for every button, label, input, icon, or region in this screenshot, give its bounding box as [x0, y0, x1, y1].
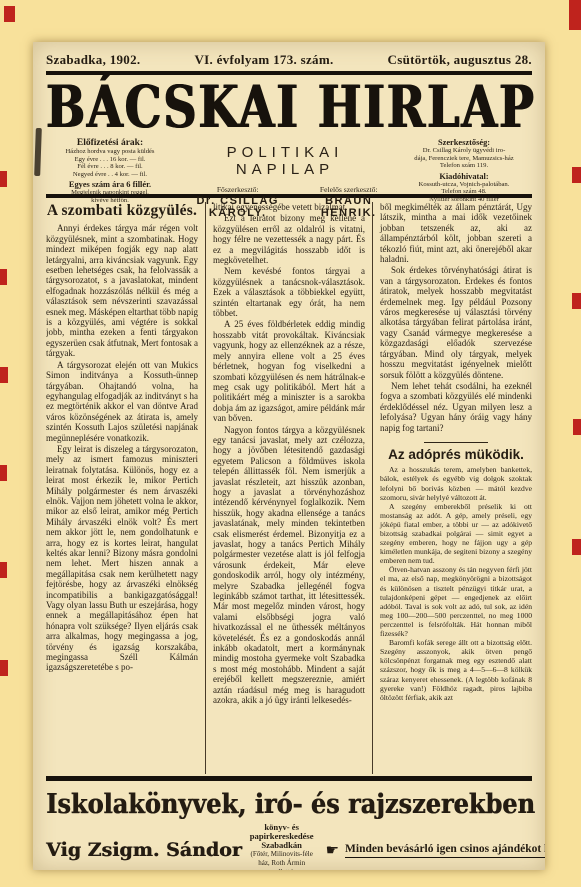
- responsible-editor-label: Felelős szerkesztő:: [301, 185, 396, 194]
- red-edge-mark: [572, 293, 581, 309]
- article-paragraph: A tárgysorozat elején ott van Mukics Sim…: [46, 360, 198, 443]
- subscription-delivery: Házhoz hordva vagy posta küldés: [46, 148, 174, 156]
- article-body: A szombati közgyülés. Annyi érdekes tárg…: [46, 198, 532, 774]
- subscription-rate: Negyed évre . . 4 kor. — fil.: [46, 171, 174, 179]
- article-paragraph: Egy leirat is diszeleg a tárgysorozaton,…: [46, 444, 198, 673]
- section-divider: [424, 442, 488, 443]
- publication-schedule: Megjelenik naponkint reggel,: [46, 189, 174, 197]
- article-paragraph: A 25 éves földbérletek eddig mindig hoss…: [213, 319, 365, 423]
- article-column-2: litikai egyenességébe vetett bizalmat. E…: [205, 202, 365, 774]
- newspaper-subtitle: POLITIKAI NAPILAP: [174, 144, 396, 178]
- red-edge-mark: [572, 167, 581, 183]
- editorial-office-address: Dr. Csillag Károly ügyvédi iro-: [396, 147, 532, 155]
- dateline-place: Szabadka, 1902.: [46, 52, 140, 68]
- publisher-office-phone: Telefon szám 48.: [396, 188, 532, 196]
- ad-vendor-business: könyv- és papirkereskedése Szabadkán: [250, 823, 314, 850]
- ad-vendor-description: könyv- és papirkereskedése Szabadkán (Fő…: [250, 823, 314, 870]
- red-edge-mark: [0, 269, 7, 285]
- second-article-headline: Az adóprés müködik.: [380, 450, 532, 460]
- ink-smudge: [34, 128, 42, 176]
- article-paragraph: Annyi érdekes tárgya már régen volt közg…: [46, 223, 198, 358]
- newspaper-page: Szabadka, 1902. VI. évfolyam 173. szám. …: [33, 42, 545, 870]
- dateline: Szabadka, 1902. VI. évfolyam 173. szám. …: [46, 42, 532, 68]
- second-article-body: Az a hosszukás terem, amelyben bankettek…: [380, 465, 532, 701]
- dateline-day: Csütörtök, augusztus 28.: [388, 52, 532, 68]
- advertisement: Iskolakönyvek, iró- és rajzszerekben leg…: [46, 781, 532, 870]
- pointing-hand-icon: ☛: [326, 841, 339, 860]
- ad-vendor-name: Vig Zsigm. Sándor: [46, 839, 242, 861]
- dateline-issue: VI. évfolyam 173. szám.: [194, 52, 333, 68]
- subscription-rate: Egy évre . . . 16 kor. — fil.: [46, 156, 174, 164]
- red-edge-mark: [569, 0, 581, 30]
- publisher-office-address: Kossuth-utcza, Vojnich-palotában.: [396, 181, 532, 189]
- offices-box: Szerkesztőség: Dr. Csillag Károly ügyvéd…: [396, 138, 532, 194]
- masthead-center: POLITIKAI NAPILAP Főszerkesztő: Dr. CSIL…: [174, 138, 396, 194]
- masthead-info-row: Előfizetési árak: Házhoz hordva vagy pos…: [46, 138, 532, 194]
- article-paragraph: Nem kevésbé fontos tárgyai a közgyülésne…: [213, 266, 365, 318]
- article-paragraph: Nagyon fontos tárgya a közgyülésnek egy …: [213, 425, 365, 706]
- red-edge-mark: [0, 660, 8, 676]
- article-paragraph: Baromfi kofák serege állt ott a bizottsá…: [380, 638, 532, 702]
- article-paragraph: Ezt a leiratot bizony meg kellene a közg…: [213, 213, 365, 265]
- ad-gift-note: Minden bevásárló igen csinos ajándékot k…: [345, 843, 545, 858]
- ad-vendor-row: Vig Zsigm. Sándor könyv- és papirkereske…: [46, 823, 532, 870]
- article-column-1: A szombati közgyülés. Annyi érdekes tárg…: [46, 202, 198, 774]
- red-edge-mark: [0, 465, 7, 481]
- red-edge-mark: [573, 419, 581, 435]
- red-edge-mark: [0, 171, 7, 187]
- article-paragraph: ből megkimélték az állam pénztárát, Ugy …: [380, 202, 532, 264]
- ad-headline-row: Iskolakönyvek, iró- és rajzszerekben leg…: [46, 786, 532, 820]
- article-paragraph: Sok érdekes törvényhatósági átirat is va…: [380, 265, 532, 379]
- article-column-3: ből megkimélték az állam pénztárát, Ugy …: [372, 202, 532, 774]
- ad-headline: Iskolakönyvek, iró- és rajzszerekben: [46, 787, 535, 819]
- article-paragraph: Nem lehet tehát csodálni, ha ezeknél fog…: [380, 381, 532, 433]
- subscription-box: Előfizetési árak: Házhoz hordva vagy pos…: [46, 138, 174, 194]
- article-headline: A szombati közgyülés.: [46, 206, 198, 216]
- red-edge-mark: [4, 6, 15, 22]
- article-paragraph: Az a hosszukás terem, amelyben bankettek…: [380, 465, 532, 501]
- publisher-office-label: Kiadóhivatal:: [396, 172, 532, 181]
- red-edge-mark: [572, 539, 581, 555]
- red-edge-mark: [0, 367, 8, 383]
- ad-vendor-address: (Főtér, Milinovits-féle ház, Roth Ármin …: [250, 850, 314, 870]
- newspaper-title: BÁCSKAI HIRLAP: [46, 69, 532, 145]
- single-copy-price: Egyes szám ára 6 fillér.: [46, 180, 174, 189]
- article-paragraph: Ötven-hatvan asszony és tán negyven férf…: [380, 565, 532, 638]
- article-paragraph: litikai egyenességébe vetett bizalmat.: [213, 202, 365, 212]
- scanned-newspaper-page: { "dateline": { "place": "Szabadka, 1902…: [0, 0, 581, 887]
- subscription-rate: Fél évre . . . 8 kor. — fil.: [46, 163, 174, 171]
- red-edge-mark: [0, 562, 7, 578]
- chief-editor-label: Főszerkesztő:: [174, 185, 301, 194]
- editorial-office-address: dája, Ferencziek tere, Mamuzsics-ház: [396, 155, 532, 163]
- article-paragraph: A szegény emberekből préselik ki ott mos…: [380, 502, 532, 566]
- editorial-office-phone: Telefon szám 119.: [396, 162, 532, 170]
